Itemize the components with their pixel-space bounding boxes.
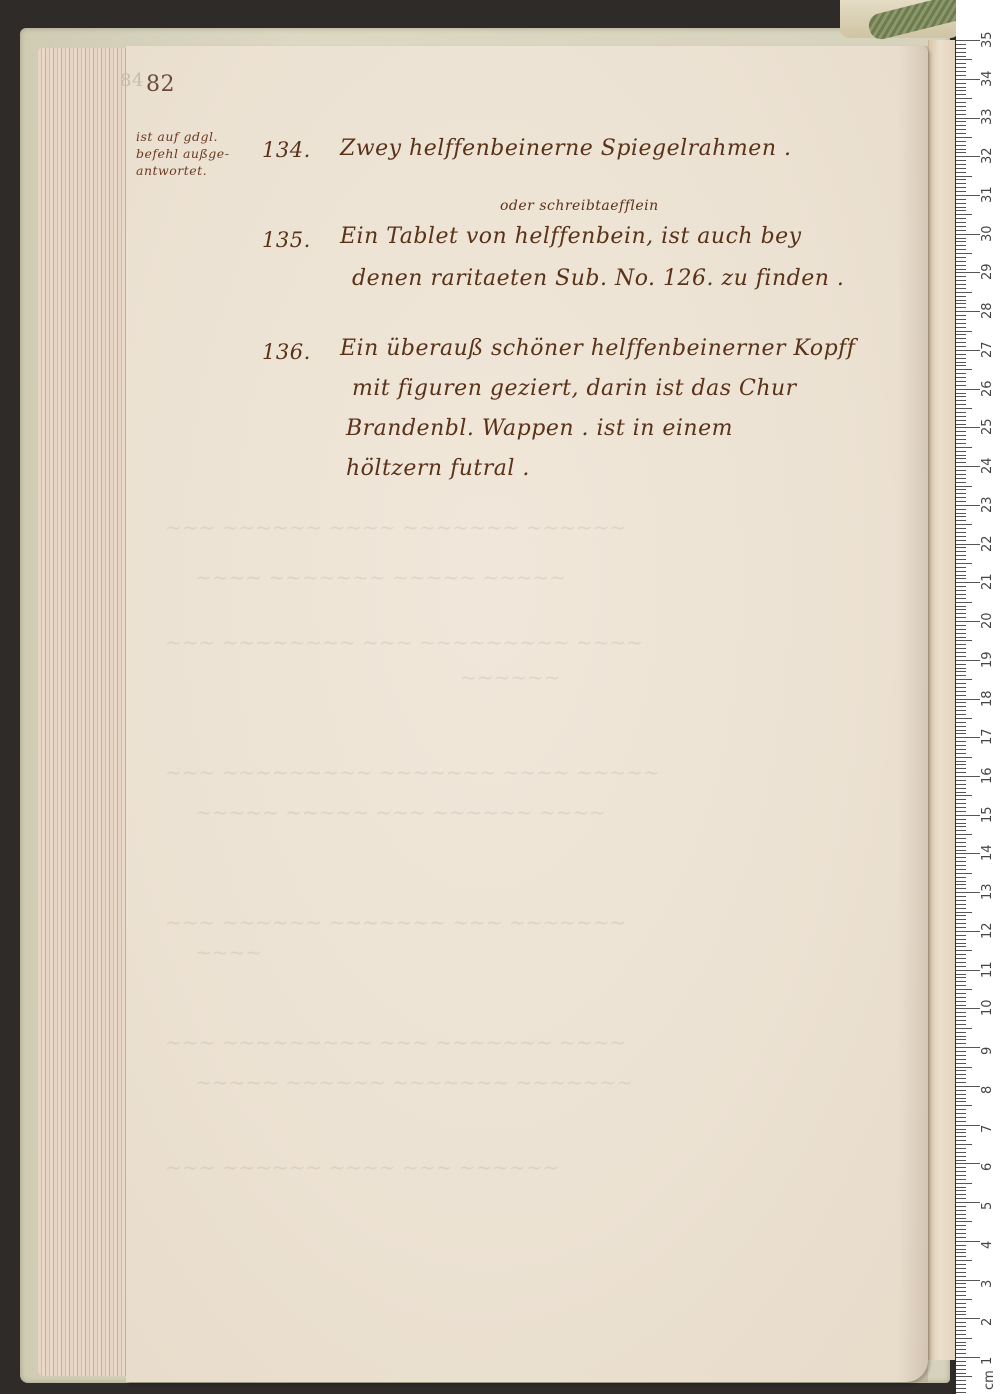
ruler-tick [956,1311,966,1312]
ruler-tick [956,1047,980,1048]
ruler-tick [956,121,966,122]
ruler-label: 18 [980,690,995,707]
ruler-tick [956,83,966,84]
ruler-tick [956,87,966,88]
ruler-tick [956,1233,966,1234]
ruler-label: 27 [980,341,995,358]
ruler-tick [956,1152,966,1153]
ruler-tick [956,1276,966,1277]
ruler-tick [956,1357,980,1358]
ruler-tick [956,536,966,537]
ruler-tick [956,733,966,734]
ruler-tick [956,203,966,204]
ruler-tick [956,1214,966,1215]
ruler-tick [956,772,966,773]
ruler-tick [956,842,966,843]
ruler-tick [956,195,980,196]
ruler-tick [956,249,966,250]
ruler-tick [956,528,966,529]
ruler-tick [956,768,966,769]
ruler-tick [956,315,966,316]
ruler-tick [956,807,966,808]
ruler-tick [956,307,966,308]
ruler-tick [956,1167,966,1168]
ruler-tick [956,106,966,107]
ruler-label: 4 [980,1241,995,1249]
ruler-tick [956,168,966,169]
ruler-tick [956,1194,966,1195]
ruler-tick [956,373,966,374]
ruler-tick [956,358,966,359]
ruler-tick [956,1210,966,1211]
ruler-tick [956,1094,966,1095]
ruler-tick [956,935,966,936]
ruler-tick [956,1028,972,1029]
ruler-tick [956,400,966,401]
ruler-tick [956,1202,980,1203]
ruler-tick [956,164,966,165]
ruler-label: 5 [980,1202,995,1210]
ruler-tick [956,881,966,882]
ruler-label: 3 [980,1279,995,1287]
ruler-tick [956,954,966,955]
ruler-tick [956,741,966,742]
entry-number: 136. [262,340,311,364]
ruler-tick [956,207,966,208]
ruler-tick [956,222,966,223]
ruler-tick [956,1307,966,1308]
ruler-tick [956,571,966,572]
ruler-tick [956,1148,966,1149]
ruler-tick [956,1318,980,1319]
ruler-tick [956,331,972,332]
ruler-tick [956,815,980,816]
ruler-label: 1 [980,1357,995,1365]
ruler-tick [956,1291,966,1292]
ruler-tick [956,900,966,901]
entry-line: mit figuren geziert, darin ist das Chur [352,376,797,401]
ruler-tick [956,846,966,847]
ruler-tick [956,1256,966,1257]
ruler-tick [956,210,966,211]
ruler-tick [956,133,966,134]
ruler-tick [956,974,966,975]
ruler-tick [956,683,966,684]
ruler-tick [956,753,966,754]
ruler-label: 33 [980,109,995,126]
ruler-tick [956,1330,966,1331]
ruler-tick [956,342,966,343]
ruler-tick [956,1361,966,1362]
ruler-tick [956,1206,966,1207]
ruler-tick [956,1132,966,1133]
ruler-tick [956,656,966,657]
ruler-tick [956,664,966,665]
ruler-tick [956,145,966,146]
ruler-tick [956,241,966,242]
ruler-tick [956,559,966,560]
ruler-tick [956,300,966,301]
ruler-tick [956,582,980,583]
ruler-tick [956,416,966,417]
ruler-tick [956,834,972,835]
ruler-tick [956,1140,966,1141]
ruler-label: 9 [980,1047,995,1055]
ruler-tick [956,1105,972,1106]
ruler-tick [956,757,972,758]
ruler-tick [956,110,966,111]
ruler-tick [956,1272,966,1273]
ruler-tick [956,1218,966,1219]
ruler-tick [956,497,966,498]
ruler-tick [956,152,966,153]
ruler-tick [956,699,980,700]
ruler-tick [956,199,966,200]
ruler-label: 25 [980,419,995,436]
ruler-tick [956,513,966,514]
ruler-tick [956,253,972,254]
ruler-tick [956,288,966,289]
ruler-tick [956,98,972,99]
ruler-tick [956,1032,966,1033]
ruler-label: 10 [980,1000,995,1017]
ruler-tick [956,389,980,390]
ruler-tick [956,1349,966,1350]
ruler-tick [956,1171,966,1172]
ruler-tick [956,1260,972,1261]
ruler-tick [956,1252,966,1253]
ruler-tick [956,1392,966,1393]
ruler-tick [956,1005,966,1006]
ruler-tick [956,187,966,188]
ruler-tick [956,946,966,947]
ruler-tick [956,1264,966,1265]
entry-line: denen raritaeten Sub. No. 126. zu finden… [352,266,844,291]
ruler-tick [956,362,966,363]
ruler-tick [956,257,966,258]
ruler-tick [956,1365,966,1366]
ruler-tick [956,884,966,885]
ruler-tick [956,1129,966,1130]
ruler-tick [956,1020,966,1021]
ruler-tick [956,784,966,785]
ruler-tick [956,1384,966,1385]
ruler-tick [956,675,966,676]
ruler-tick [956,412,966,413]
ruler-tick [956,1342,966,1343]
ruler-tick [956,966,966,967]
entry-line: Brandenbl. Wappen . ist in einem [346,416,733,441]
ruler-tick [956,958,966,959]
ruler-tick [956,718,972,719]
ruler-tick [956,1376,972,1377]
ruler-tick [956,94,966,95]
ruler-label: 35 [980,31,995,48]
ruler-tick [956,586,966,587]
ruler-tick [956,919,966,920]
margin-note: ist auf gdgl. befehl außge- antwortet. [136,128,229,179]
ruler-tick [956,792,966,793]
ruler-tick [956,79,980,80]
ruler-label: 28 [980,303,995,320]
ruler-tick [956,272,980,273]
ruler-tick [956,652,966,653]
ruler-tick [956,474,966,475]
ruler-tick [956,1074,966,1075]
ruler-tick [956,191,966,192]
ruler-tick [956,420,966,421]
ruler-label: 12 [980,922,995,939]
ruler-tick [956,819,966,820]
cm-ruler: cm 1234567891011121314151617181920212223… [956,0,1000,1394]
ruler-label: 11 [980,961,995,978]
ruler-tick [956,176,972,177]
ruler-tick [956,149,966,150]
ruler-tick [956,67,966,68]
ruler-tick [956,1283,966,1284]
ruler-tick [956,439,966,440]
ruler-tick [956,1380,966,1381]
ruler-tick [956,393,966,394]
ruler-tick [956,156,980,157]
ruler-tick [956,1388,966,1389]
ruler-tick [956,737,980,738]
ruler-tick [956,381,966,382]
ruler-tick [956,594,966,595]
entry-line: Zwey helffenbeinerne Spiegelrahmen . [340,136,791,161]
ruler-label: 32 [980,148,995,165]
ruler-tick [956,327,966,328]
ruler-tick [956,613,966,614]
ruler-tick [956,710,966,711]
ruler-tick [956,1303,966,1304]
ruler-tick [956,915,966,916]
ruler-tick [956,668,966,669]
ruler-tick [956,404,966,405]
ruler-tick [956,962,966,963]
ruler-tick [956,141,966,142]
ruler-tick [956,923,966,924]
ruler-tick [956,1067,972,1068]
ruler-tick [956,671,966,672]
entry-number: 135. [262,228,311,252]
ruler-label: 13 [980,884,995,901]
ruler-tick [956,633,966,634]
ruler-tick [956,811,966,812]
ruler-tick [956,776,980,777]
ruler-tick [956,788,966,789]
ruler-tick [956,695,966,696]
ruler-tick [956,617,966,618]
ruler-label: 20 [980,612,995,629]
ruler-tick [956,1090,966,1091]
ruler-tick [956,540,966,541]
ruler-tick [956,1156,966,1157]
ruler-tick [956,609,966,610]
ruler-tick [956,1086,980,1087]
ruler-tick [956,764,966,765]
ruler-unit-label: cm [982,1370,997,1390]
margin-note-line: antwortet. [136,162,229,179]
ruler-tick [956,644,966,645]
ruler-tick [956,1117,966,1118]
ruler-tick [956,346,966,347]
ruler-tick [956,48,966,49]
ruler-tick [956,648,966,649]
ruler-tick [956,629,966,630]
ruler-tick [956,1039,966,1040]
ruler-label: 26 [980,380,995,397]
page-stack-edges [38,48,128,1376]
ruler-tick [956,470,966,471]
ruler-tick [956,726,966,727]
ruler-tick [956,888,966,889]
margin-note-line: befehl außge- [136,145,229,162]
ruler-tick [956,56,966,57]
ruler-tick [956,1078,966,1079]
ruler-tick [956,261,966,262]
ruler-tick [956,396,966,397]
ruler-tick [956,338,966,339]
ruler-tick [956,1113,966,1114]
ruler-label: 34 [980,70,995,87]
ruler-tick [956,478,966,479]
entry-line: Ein Tablet von helffenbein, ist auch bey [340,224,802,249]
ruler-tick [956,44,966,45]
ruler-tick [956,532,966,533]
ruler-tick [956,160,966,161]
entry-number: 134. [262,138,311,162]
next-leaf-edge [928,40,955,1360]
folio-number: 82 [146,72,175,97]
ruler-label: 29 [980,264,995,281]
ruler-tick [956,1198,966,1199]
ruler-tick [956,1179,966,1180]
ruler-label: 6 [980,1163,995,1171]
ruler-tick [956,408,972,409]
ruler-label: 24 [980,458,995,475]
ruler-tick [956,625,966,626]
ruler-label: 2 [980,1318,995,1326]
ruler-tick [956,730,966,731]
ruler-tick [956,90,966,91]
ruler-tick [956,931,980,932]
ruler-tick [956,524,972,525]
ruler-tick [956,602,972,603]
ruler-label: 21 [980,574,995,591]
ruler-tick [956,1373,966,1374]
ruler-tick [956,865,966,866]
ruler-tick [956,71,966,72]
ruler-tick [956,838,966,839]
ruler-tick [956,857,966,858]
folio-number-ghost: 84 [120,70,144,91]
ruler-tick [956,501,966,502]
ruler-tick [956,284,966,285]
ruler-tick [956,873,972,874]
ruler-tick [956,63,966,64]
ruler-label: 14 [980,845,995,862]
ruler-tick [956,1160,966,1161]
ruler-tick [956,1314,966,1315]
ruler-tick [956,1190,966,1191]
ruler-tick [956,780,966,781]
ruler-tick [956,319,966,320]
ruler-label: 16 [980,767,995,784]
ruler-tick [956,311,980,312]
ruler-tick [956,989,972,990]
ruler-tick [956,1326,966,1327]
ruler-tick [956,218,966,219]
ruler-tick [956,714,966,715]
ruler-tick [956,997,966,998]
ruler-tick [956,1295,966,1296]
ruler-tick [956,795,972,796]
ruler-tick [956,679,972,680]
ruler-tick [956,505,980,506]
ruler-label: 22 [980,535,995,552]
ruler-tick [956,869,966,870]
ruler-label: 30 [980,225,995,242]
ruler-tick [956,896,966,897]
ruler-label: 19 [980,651,995,668]
ruler-tick [956,466,980,467]
ruler-tick [956,1369,966,1370]
ruler-tick [956,75,966,76]
ruler-tick [956,40,980,41]
ruler-tick [956,516,966,517]
ruler-tick [956,435,966,436]
ruler-tick [956,303,966,304]
ruler-tick [956,427,980,428]
ruler-tick [956,172,966,173]
ruler-tick [956,877,966,878]
ruler-label: 31 [980,186,995,203]
ruler-tick [956,230,966,231]
ruler-tick [956,578,966,579]
ruler-tick [956,563,972,564]
ruler-tick [956,59,972,60]
ruler-tick [956,567,966,568]
ruler-tick [956,385,966,386]
ruler-tick [956,1245,966,1246]
ruler-tick [956,509,966,510]
ruler-tick [956,749,966,750]
ruler-tick [956,912,972,913]
ruler-tick [956,1229,966,1230]
ruler-tick [956,1225,966,1226]
ruler-tick [956,1070,966,1071]
ruler-label: 15 [980,806,995,823]
ruler-label: 7 [980,1124,995,1132]
ruler-tick [956,489,966,490]
ruler-tick [956,687,966,688]
ruler-tick [956,1063,966,1064]
ruler-tick [956,1338,972,1339]
ruler-tick [956,1345,966,1346]
ruler-tick [956,547,966,548]
ruler-tick [956,637,966,638]
ruler-tick [956,102,966,103]
ruler-tick [956,621,980,622]
ruler-tick [956,1024,966,1025]
ruler-tick [956,1055,966,1056]
ruler-tick [956,706,966,707]
ruler-tick [956,52,966,53]
ruler-tick [956,861,966,862]
ruler-tick [956,575,966,576]
ruler-tick [956,1043,966,1044]
